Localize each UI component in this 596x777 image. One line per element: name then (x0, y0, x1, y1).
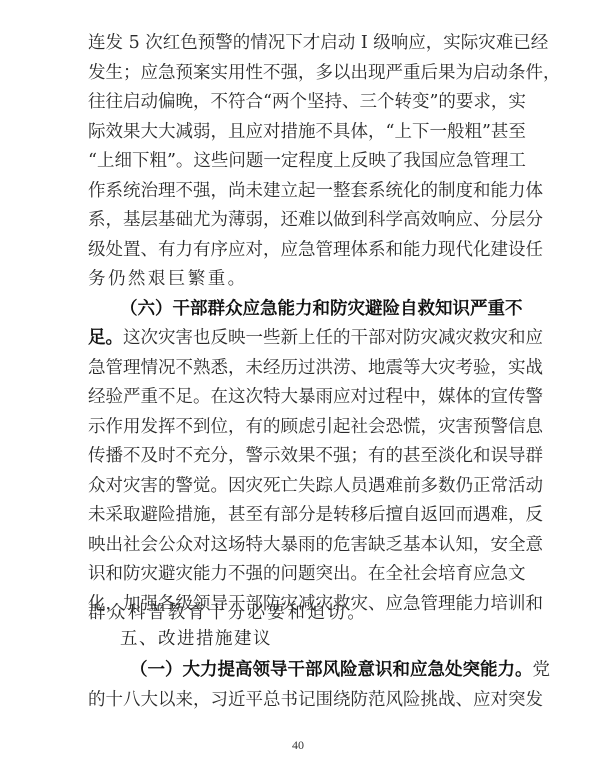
section-heading-six: （六）干部群众应急能力和防灾避险自救知识严重不 (120, 294, 508, 324)
body-text-line: 经验严重不足。在这次特大暴雨应对过程中，媒体的宣传警 (88, 382, 508, 412)
section-heading-six-end: 足。 (88, 328, 123, 348)
body-text-line: 传播不及时不充分，警示效果不强；有的甚至淡化和误导群 (88, 441, 508, 471)
body-text-line: “上细下粗”。这些问题一定程度上反映了我国应急管理工 (88, 146, 508, 176)
body-text: 这次灾害也反映一些新上任的干部对防灾减灾救灾和应 (123, 328, 543, 348)
document-page: 连发 5 次红色预警的情况下才启动 I 级响应，实际灾难已经 发生；应急预案实用… (0, 0, 596, 777)
body-text-line: 往往启动偏晚，不符合“两个坚持、三个转变”的要求，实 (88, 87, 508, 117)
section-one-first-line: （一）大力提高领导干部风险意识和应急处突能力。党 (130, 655, 508, 685)
body-text-line: 发生；应急预案实用性不强，多以出现严重后果为启动条件， (88, 58, 508, 88)
body-text-line: 际效果大大减弱，且应对措施不具体，“上下一般粗”甚至 (88, 117, 508, 147)
body-text-line: 未采取避险措施，甚至有部分是转移后擅自返回而遇难，反 (88, 500, 508, 530)
page-number: 40 (0, 738, 596, 753)
body-text-line: 急管理情况不熟悉，未经历过洪涝、地震等大灾考验，实战 (88, 353, 508, 383)
body-text-line: 示作用发挥不到位，有的顾虑引起社会恐慌，灾害预警信息 (88, 412, 508, 442)
chapter-heading: 五、改进措施建议 (120, 624, 540, 654)
section-heading-one: （一）大力提高领导干部风险意识和应急处突能力。 (130, 660, 533, 680)
body-text-line: 系，基层基础尤为薄弱，还难以做到科学高效响应、分层分 (88, 205, 508, 235)
body-text-line: 映出社会公众对这场特大暴雨的危害缺乏基本认知，安全意 (88, 530, 508, 560)
body-text-line: 务仍然艰巨繁重。 (88, 264, 508, 294)
body-text-line: 级处置、有力有序应对，应急管理体系和能力现代化建设任 (88, 235, 508, 265)
body-text-line: 作系统治理不强，尚未建立起一整套系统化的制度和能力体 (88, 176, 508, 206)
body-text: 党 (533, 660, 551, 680)
body-text-line: 连发 5 次红色预警的情况下才启动 I 级响应，实际灾难已经 (88, 28, 508, 58)
body-text-line: 众对灾害的警觉。因灾死亡失踪人员遇难前多数仍正常活动 (88, 471, 508, 501)
section-six-first-line: 足。这次灾害也反映一些新上任的干部对防灾减灾救灾和应 (88, 323, 508, 353)
body-text-line: 识和防灾避灾能力不强的问题突出。在全社会培育应急文 (88, 559, 508, 589)
body-text-line: 的十八大以来，习近平总书记围绕防范风险挑战、应对突发 (88, 685, 508, 715)
